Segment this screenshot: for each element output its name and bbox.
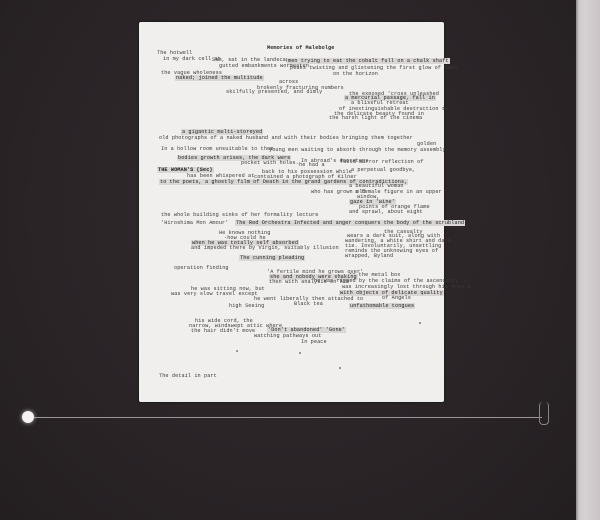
paper-speck [236,350,238,352]
text-line: skilfully presented, and dimly [226,89,322,95]
text-line: old photographs of a naked husband and w… [159,135,413,141]
text-line: In a hollow room unsuitable to them [161,146,273,152]
text-line: then with analysis on him [269,279,349,285]
text-line: Black tea [294,301,323,307]
text-line: the whole building sinks of her formalit… [161,212,318,218]
text-line: young men waiting to absorb through the … [269,147,446,153]
text-line: unfathomable tongues [349,303,415,309]
text-line: The detail in part [159,373,217,379]
text-line: a perpetual goodbye, [351,167,415,173]
rail-knob-left [22,411,34,423]
text-line: the harsh light of the cinema [329,115,422,121]
text-line: The cunning pleading [239,255,305,261]
text-line: he had a [299,162,325,168]
text-line: on the horizon [333,71,378,77]
paper-speck [299,352,301,354]
text-line: the hair didn't move [191,328,255,334]
paper-speck [339,367,341,369]
text-line: naked; joined the multitude [175,75,264,81]
paper-speck [419,322,421,324]
text-line: 'Hiroshima Mon Amour' [161,220,228,226]
text-line: The Red Orchestra Infected and anger con… [235,220,465,226]
text-line: of Angels [382,295,411,301]
text-line: and sprawl, about eight [349,209,423,215]
light-frame-edge [576,0,600,520]
text-line: high Seeing [229,303,264,309]
text-line: In peace [301,339,327,345]
typed-document-page: Memories of Malebolge The hotwellin my d… [139,22,444,402]
text-line: wrapped, Byland [345,253,393,259]
document-title: Memories of Malebolge [267,45,334,51]
text-line: men trying to eat the cobalt full on a c… [287,58,450,64]
text-line: faked mirror reflection of [340,159,424,165]
text-line: operation finding [174,265,229,271]
hanging-rail [34,417,542,418]
rail-hook-right [539,402,549,425]
text-line: and impeded there by Virgin, suitably il… [191,245,339,251]
text-line: was very slow travel except [171,291,258,297]
text-line: pocket with holes. [241,160,299,166]
